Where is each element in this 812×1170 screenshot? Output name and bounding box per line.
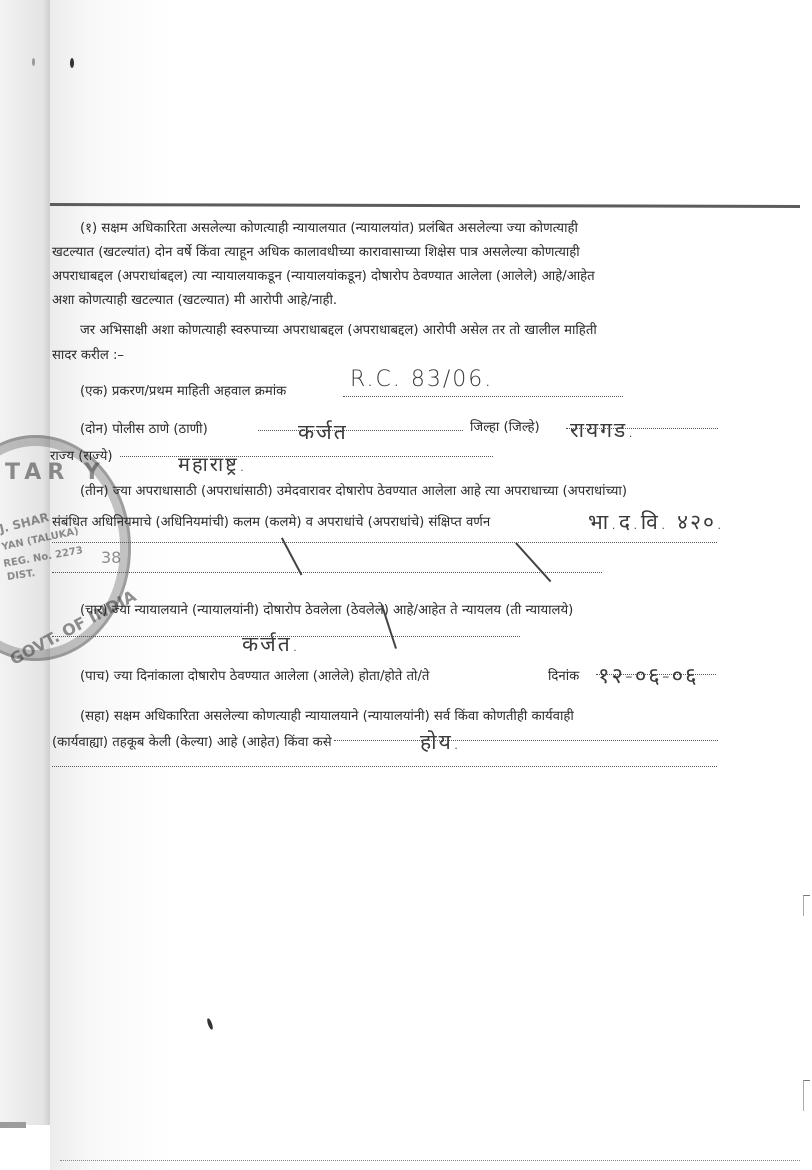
field-district-value[interactable]: रायगड. bbox=[570, 416, 636, 444]
field-offence-line-1: (तीन) ज्या अपराधासाठी (अपराधांसाठी) उमेद… bbox=[80, 485, 627, 498]
field-charge-date-value[interactable]: १२-०६-०६ bbox=[598, 660, 699, 690]
field-proceedings-line-1: (सहा) सक्षम अधिकारिता असलेल्या कोणत्याही… bbox=[80, 710, 574, 723]
field-proceedings-value[interactable]: होय. bbox=[420, 728, 461, 756]
field-court-label: (चार) ज्या न्यायालयाने (न्यायालयांनी) दो… bbox=[80, 604, 573, 617]
underlying-page-edge bbox=[0, 0, 51, 1125]
field-case-number-value[interactable]: R.C. 83/06. bbox=[350, 367, 493, 392]
field-case-number-label: (एक) प्रकरण/प्रथम माहिती अहवाल क्रमांक bbox=[80, 385, 286, 398]
field-police-station-line bbox=[258, 430, 463, 431]
field-charge-date-label: (पाच) ज्या दिनांकाला दोषारोप ठेवण्यात आल… bbox=[80, 670, 429, 683]
field-proceedings-line-a bbox=[334, 740, 718, 741]
field-state-label: राज्य (राज्ये) bbox=[50, 450, 112, 463]
field-offence-line-b bbox=[52, 572, 602, 573]
field-offence-line-a bbox=[52, 542, 717, 543]
scan-speck bbox=[70, 58, 74, 68]
para1-line-2: खटल्यात (खटल्यांत) दोन वर्षे किंवा त्याह… bbox=[52, 246, 580, 259]
para1-line-4: अशा कोणत्याही खटल्यात (खटल्यात) मी आरोपी… bbox=[52, 294, 337, 307]
margin-mark bbox=[803, 1080, 810, 1111]
field-offence-value[interactable]: भा.द.वि. ४२०. bbox=[588, 508, 725, 536]
para1-line-3: अपराधाबद्दल (अपराधांबद्दल) त्या न्यायालय… bbox=[52, 270, 595, 283]
field-state-value[interactable]: महाराष्ट्र. bbox=[178, 450, 247, 477]
para2-line-1: जर अभिसाक्षी अशा कोणत्याही स्वरुपाच्या अ… bbox=[80, 324, 597, 337]
margin-mark bbox=[803, 895, 810, 916]
field-offence-line-2: संबंधित अधिनियमाचे (अधिनियमांची) कलम (कल… bbox=[52, 516, 490, 529]
field-police-station-label: (दोन) पोलीस ठाणे (ठाणी) bbox=[80, 423, 208, 436]
scan-speck bbox=[32, 58, 35, 66]
field-state-line bbox=[120, 456, 493, 457]
bottom-dotted-rule bbox=[60, 1160, 800, 1162]
field-police-station-value[interactable]: कर्जत bbox=[298, 418, 348, 446]
field-court-value[interactable]: कर्जत. bbox=[242, 630, 300, 658]
para1-line-1: (१) सक्षम अधिकारिता असलेल्या कोणत्याही न… bbox=[80, 222, 578, 235]
field-district-label: जिल्हा (जिल्हे) bbox=[470, 421, 540, 434]
field-date-label: दिनांक bbox=[548, 670, 579, 683]
page-shadow bbox=[0, 1122, 26, 1128]
para2-line-2: सादर करील :– bbox=[52, 349, 124, 362]
field-proceedings-line-2: (कार्यवाह्या) तहकूब केली (केल्या) आहे (आ… bbox=[52, 736, 332, 749]
field-case-number-line bbox=[343, 396, 623, 397]
field-proceedings-line-b bbox=[52, 766, 717, 767]
document-page bbox=[50, 0, 812, 1170]
